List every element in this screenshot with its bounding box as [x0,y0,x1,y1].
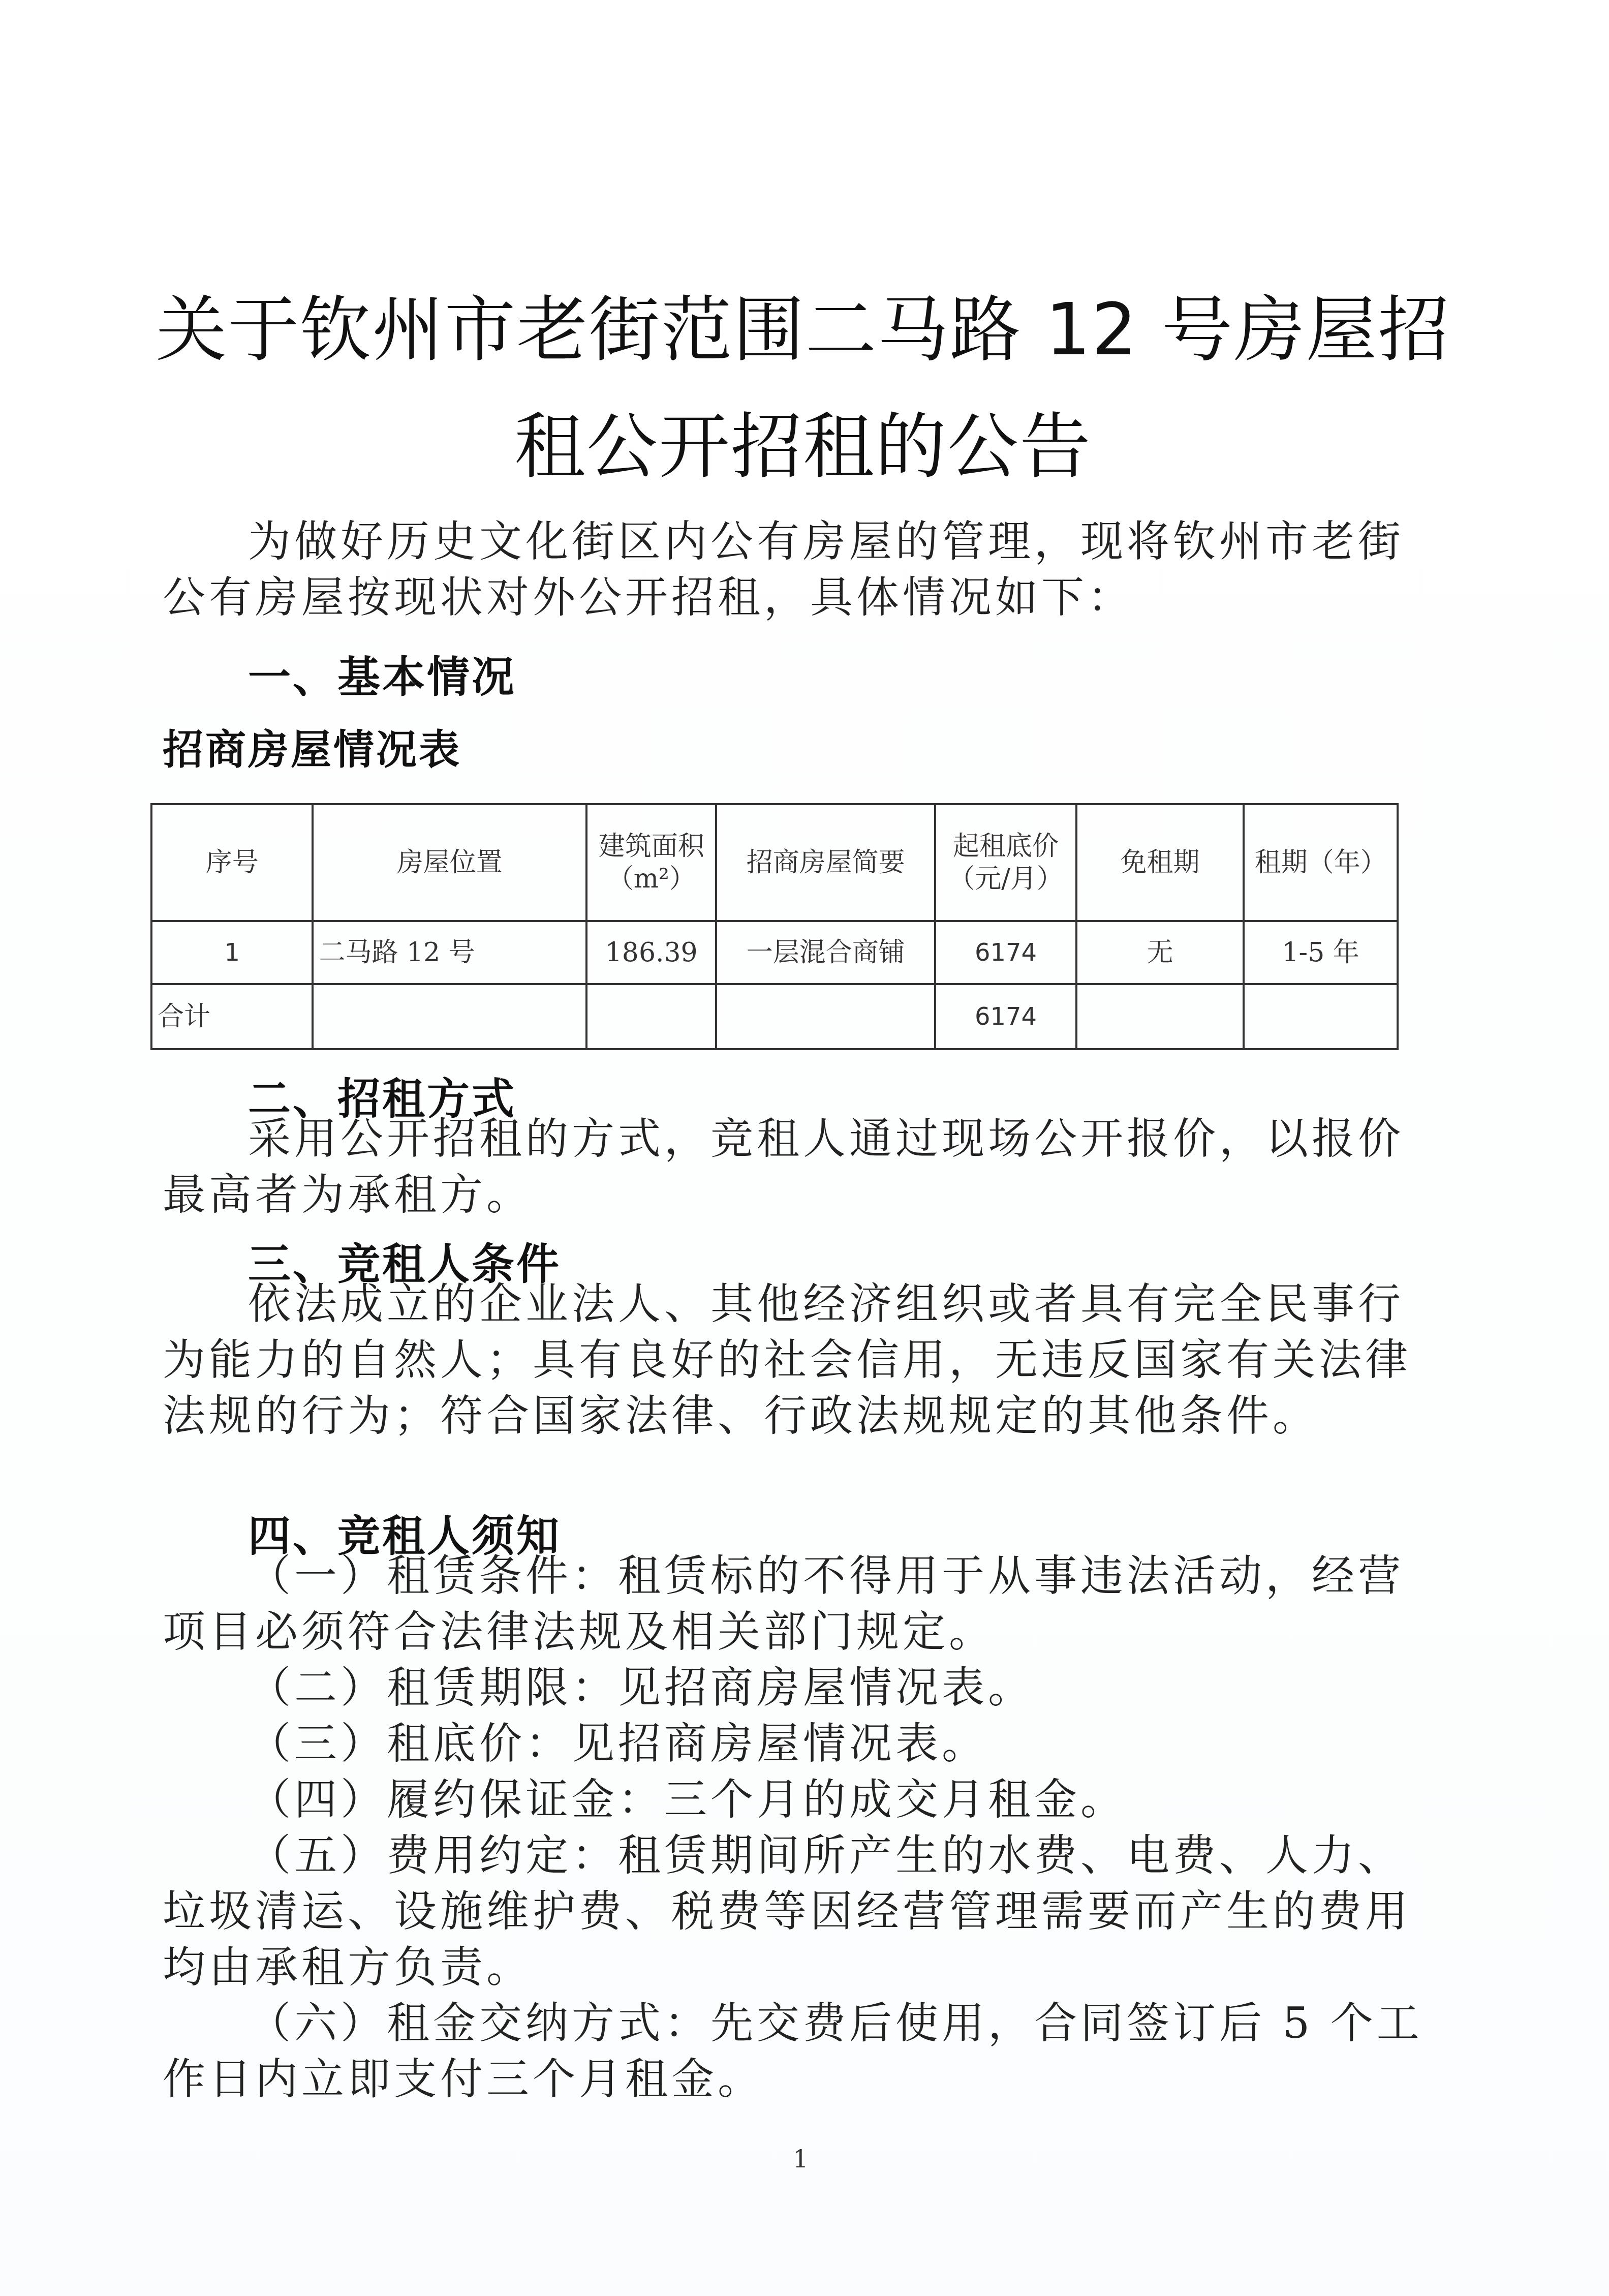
intro-paragraph: 为做好历史文化街区内公有房屋的管理，现将钦州市老街公有房屋按现状对外公开招租，具… [163,513,1443,625]
table-cell [716,984,935,1049]
table-cell: 6174 [935,921,1076,984]
table-cell [313,984,586,1049]
method-paragraph: 采用公开招租的方式，竞租人通过现场公开报价，以报价最高者为承租方。 [163,1111,1443,1222]
header-cell: 免租期 [1076,804,1244,921]
table-cell: 1 [151,921,313,984]
document-title-line2: 租公开招租的公告 [152,407,1453,488]
header-cell: 序号 [151,804,313,921]
table-cell: 无 [1076,921,1244,984]
rental-property-table: 序号 房屋位置 建筑面积（m²） 招商房屋简要 起租底价（元/月） 免租期 租期… [150,803,1399,1050]
table-header-row: 序号 房屋位置 建筑面积（m²） 招商房屋简要 起租底价（元/月） 免租期 租期… [151,804,1398,921]
table-cell: 二马路 12 号 [313,921,586,984]
header-cell: 租期（年） [1244,804,1398,921]
notice-item-5: （五）费用约定：租赁期间所产生的水费、电费、人力、垃圾清运、设施维护费、税费等因… [163,1827,1443,1995]
total-label: 合计 [151,984,313,1049]
notice-item-6: （六）租金交纳方式：先交费后使用，合同签订后 5 个工作日内立即支付三个月租金。 [163,1995,1443,2107]
table-cell: 1-5 年 [1244,921,1398,984]
document-page: 关于钦州市老街范围二马路 12 号房屋招 租公开招租的公告 为做好历史文化街区内… [0,0,1609,2296]
table-caption: 招商房屋情况表 [163,717,461,775]
table-row: 1 二马路 12 号 186.39 一层混合商铺 6174 无 1-5 年 [151,921,1398,984]
notice-item-2: （二）租赁期限：见招商房屋情况表。 [163,1660,1443,1716]
conditions-paragraph: 依法成立的企业法人、其他经济组织或者具有完全民事行为能力的自然人；具有良好的社会… [163,1276,1443,1444]
notice-item-4: （四）履约保证金：三个月的成交月租金。 [163,1771,1443,1827]
table-cell: 186.39 [586,921,716,984]
table-cell [1076,984,1244,1049]
total-price: 6174 [935,984,1076,1049]
page-number: 1 [793,2145,809,2173]
notice-item-3: （三）租底价：见招商房屋情况表。 [163,1716,1443,1771]
table-cell [1244,984,1398,1049]
section-heading-basic-info: 一、基本情况 [248,643,516,705]
header-cell: 起租底价（元/月） [935,804,1076,921]
table-cell [586,984,716,1049]
header-cell: 房屋位置 [313,804,586,921]
table-cell: 一层混合商铺 [716,921,935,984]
table-total-row: 合计 6174 [151,984,1398,1049]
document-title-line1: 关于钦州市老街范围二马路 12 号房屋招 [152,290,1453,371]
header-cell: 建筑面积（m²） [586,804,716,921]
header-cell: 招商房屋简要 [716,804,935,921]
notice-item-1: （一）租赁条件：租赁标的不得用于从事违法活动，经营项目必须符合法律法规及相关部门… [163,1548,1443,1660]
